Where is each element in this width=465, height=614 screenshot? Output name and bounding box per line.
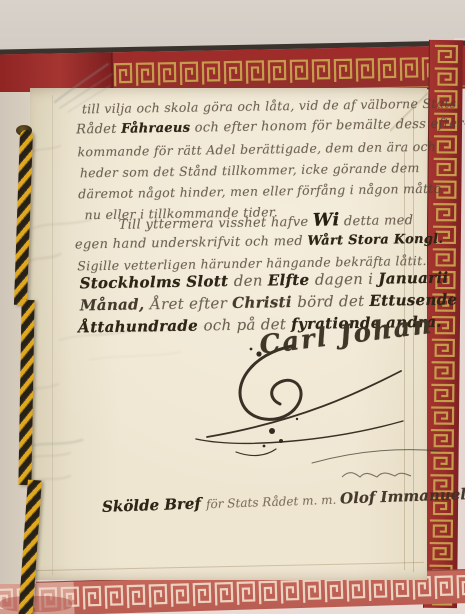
countersignature-scribble	[342, 473, 411, 477]
leather-smear	[0, 596, 72, 612]
docket-segment: Skölde Bref	[102, 494, 207, 516]
signature-flourish	[0, 0, 465, 614]
photo-of-bound-document: till vilja och skola göra och låta, vid …	[0, 0, 465, 614]
